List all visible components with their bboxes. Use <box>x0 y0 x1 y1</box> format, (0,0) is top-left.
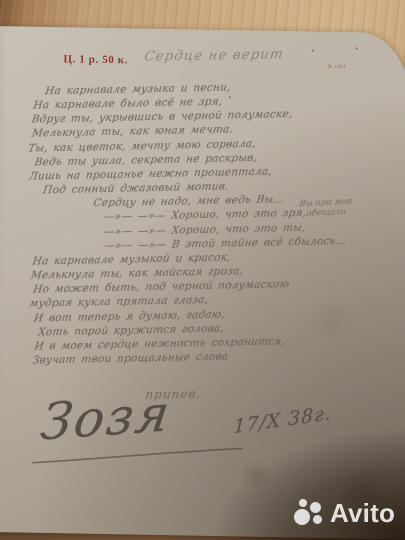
avito-logo-circle <box>313 515 322 524</box>
printed-price: Ц. 1 р. 50 к. <box>63 53 128 66</box>
ink-speck <box>356 47 358 49</box>
ink-speck <box>312 50 314 52</box>
avito-watermark: Avito <box>294 495 395 531</box>
handwritten-title: Сердце не верит <box>143 46 306 65</box>
manuscript-photo: Ц. 1 р. 50 к. Сердце не верит № 1384 На … <box>0 0 405 540</box>
avito-logo-circle <box>310 502 321 513</box>
avito-logo-circle <box>299 499 307 507</box>
avito-wordmark: Avito <box>330 498 395 529</box>
manuscript-page: Ц. 1 р. 50 к. Сердце не верит № 1384 На … <box>0 26 405 539</box>
plate-number: № 1384 <box>327 65 346 70</box>
handwritten-lyrics: На карнавале музыка и песни, На карнавал… <box>27 77 393 368</box>
avito-logo-icon <box>294 497 326 529</box>
margin-annotation: Вы при мне обещали <box>298 196 353 219</box>
signature-underline <box>28 441 248 471</box>
avito-logo-circle <box>294 509 310 525</box>
